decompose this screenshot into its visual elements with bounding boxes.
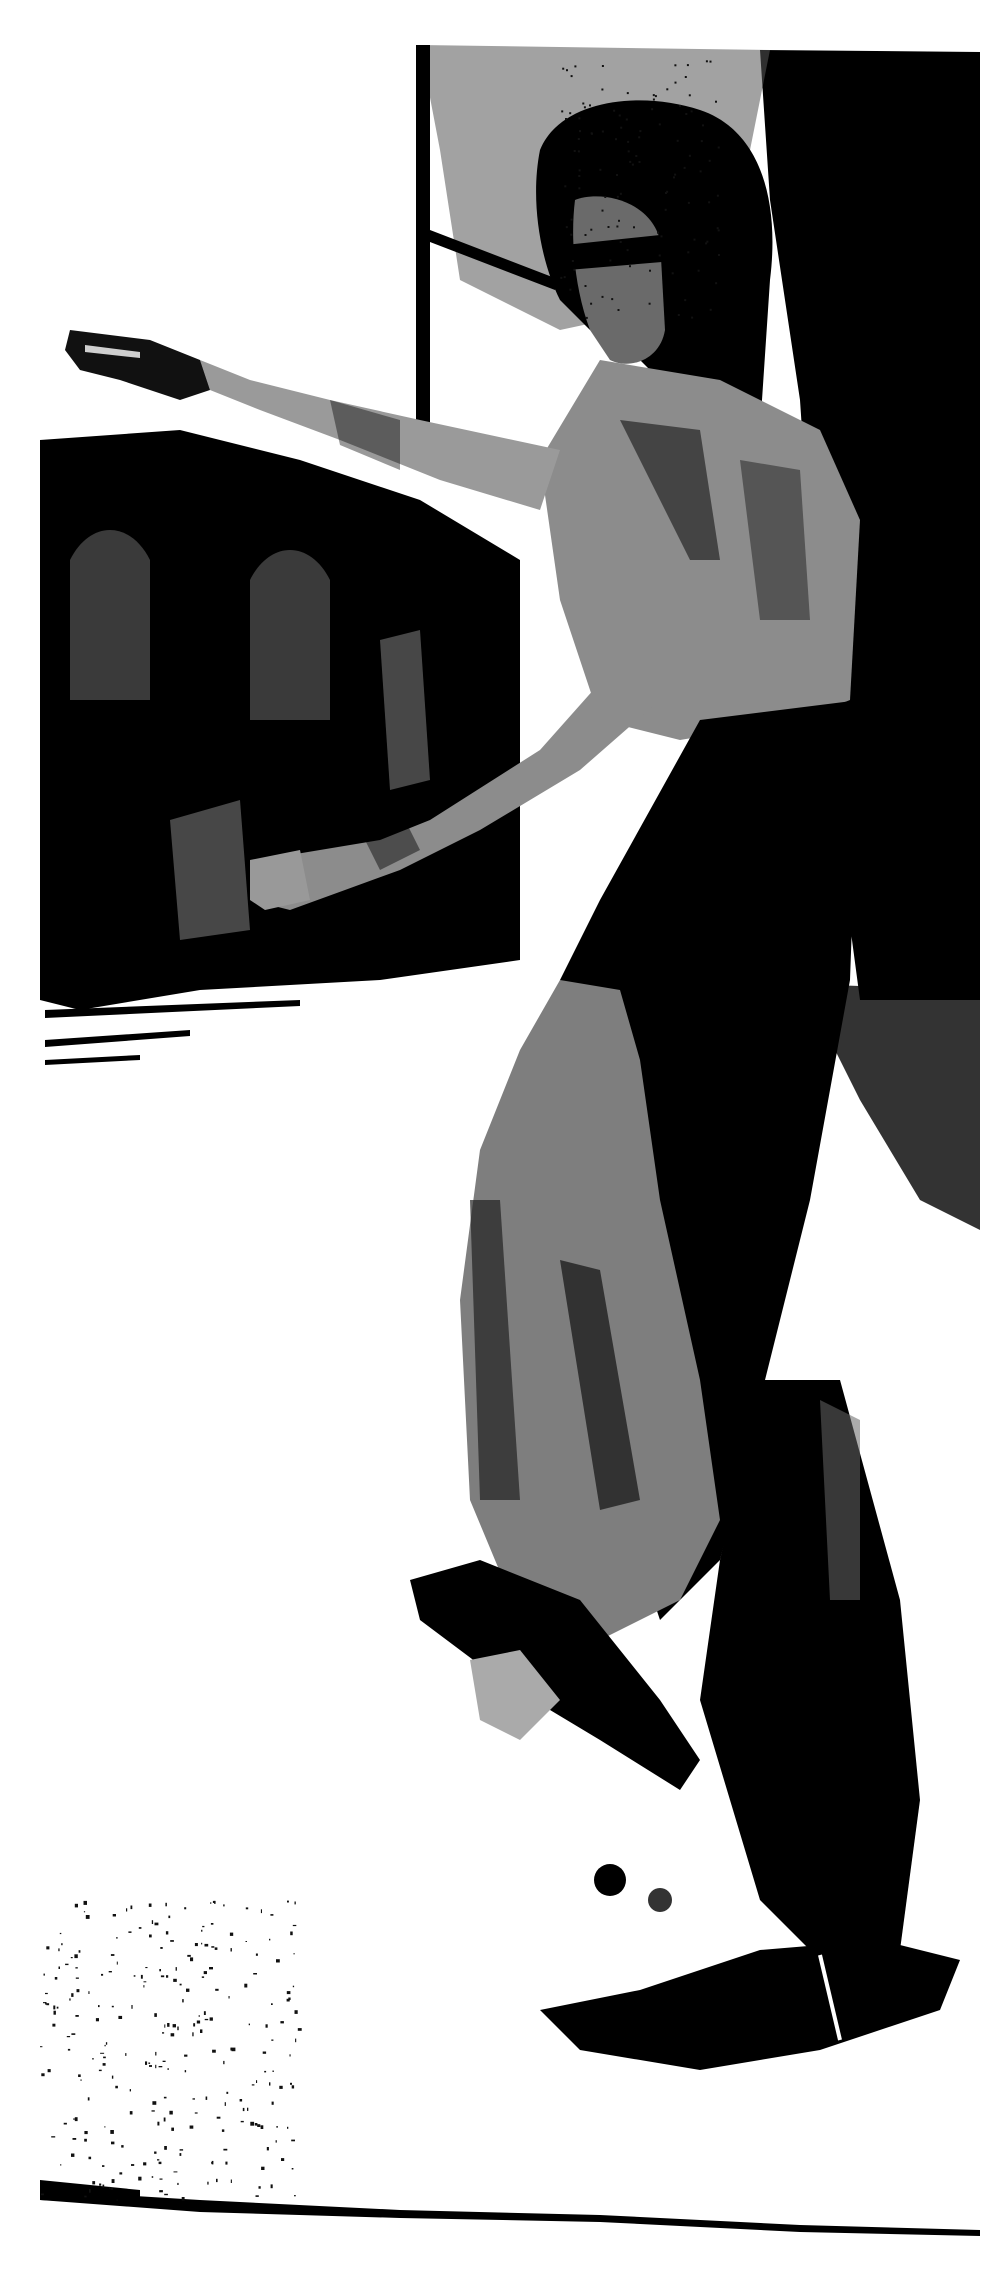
ground-speckle [40, 2180, 980, 2236]
photo-illustration [0, 0, 1007, 2272]
crowd [40, 430, 520, 1065]
halftone-photo [0, 0, 1007, 2272]
ground-texture-right [830, 985, 980, 1230]
